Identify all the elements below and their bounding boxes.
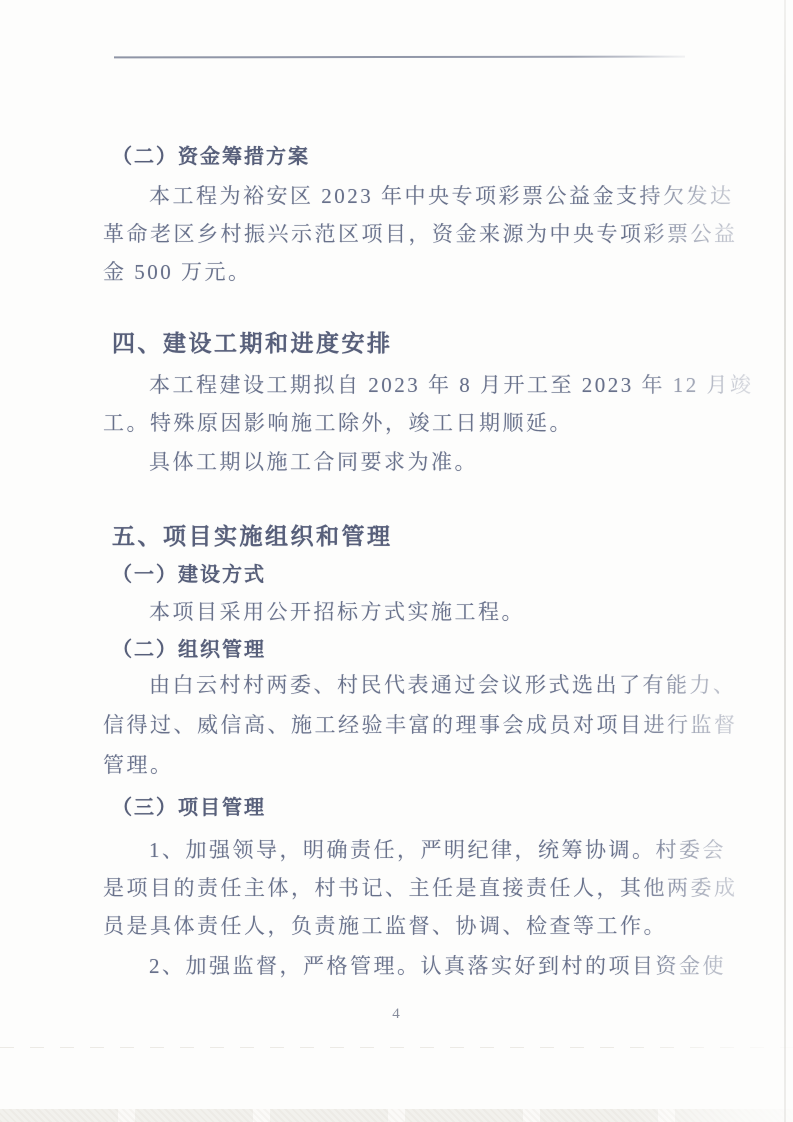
text-line: 本工程为裕安区 2023 年中央专项彩票公益金支持欠发达	[149, 180, 734, 210]
text-line: 1、加强领导，明确责任，严明纪律，统筹协调。村委会	[149, 834, 726, 864]
heading-construction-method: （一）建设方式	[112, 558, 266, 587]
text-line: 管理。	[103, 749, 174, 779]
heading-funding-plan: （二）资金筹措方案	[112, 140, 310, 169]
header-rule	[114, 56, 685, 59]
heading-project-management: （三）项目管理	[112, 791, 266, 820]
heading-implementation: 五、项目实施组织和管理	[112, 518, 393, 551]
text-line: 2、加强监督，严格管理。认真落实好到村的项目资金使	[149, 950, 726, 980]
text-line: 本项目采用公开招标方式实施工程。	[149, 596, 525, 626]
page-number: 4	[0, 1006, 793, 1023]
heading-schedule: 四、建设工期和进度安排	[112, 325, 393, 358]
text-line: 本工程建设工期拟自 2023 年 8 月开工至 2023 年 12 月竣	[149, 369, 754, 399]
scan-edge-line	[784, 0, 786, 1122]
heading-organization-management: （二）组织管理	[112, 633, 266, 662]
text-line: 由白云村村两委、村民代表通过会议形式选出了有能力、	[149, 669, 737, 699]
text-line: 员是具体责任人，负责施工监督、协调、检查等工作。	[103, 910, 667, 940]
paper-texture-rule	[0, 1047, 793, 1048]
text-line: 是项目的责任主体，村书记、主任是直接责任人，其他两委成	[103, 872, 738, 902]
text-line: 革命老区乡村振兴示范区项目，资金来源为中央专项彩票公益	[103, 218, 738, 248]
text-line: 金 500 万元。	[103, 256, 252, 286]
text-line: 具体工期以施工合同要求为准。	[149, 446, 478, 476]
scan-bottom-band	[0, 1109, 793, 1122]
text-line: 信得过、威信高、施工经验丰富的理事会成员对项目进行监督	[103, 709, 738, 739]
text-line: 工。特殊原因影响施工除外，竣工日期顺延。	[103, 407, 573, 437]
document-page: （二）资金筹措方案 本工程为裕安区 2023 年中央专项彩票公益金支持欠发达 革…	[0, 0, 793, 1122]
